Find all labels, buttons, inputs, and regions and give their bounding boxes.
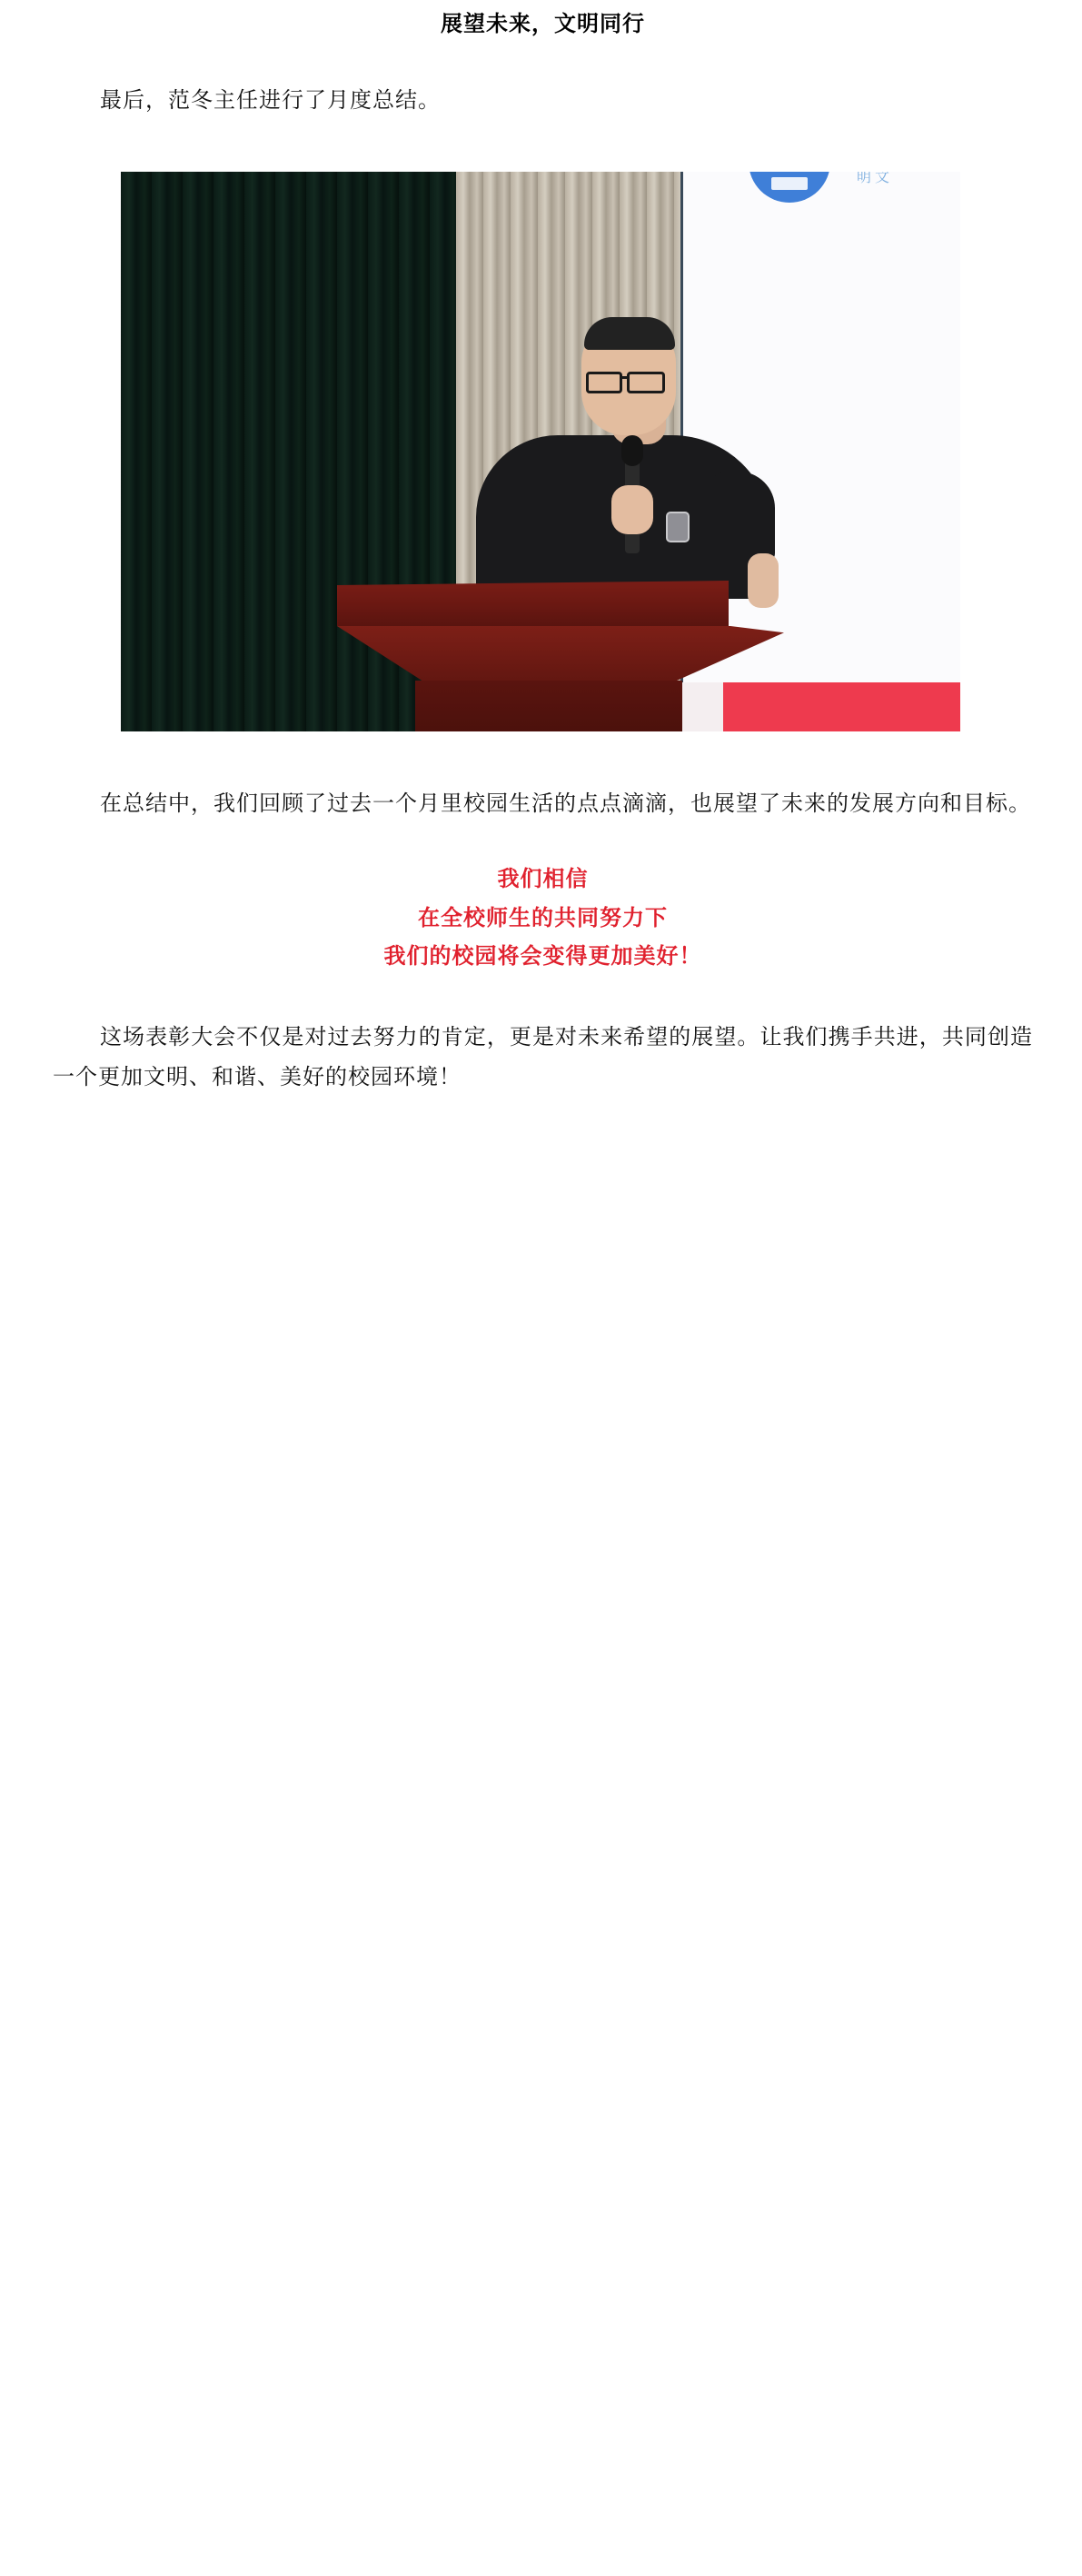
speaker-hand	[611, 485, 653, 534]
school-logo-book-icon	[771, 177, 808, 190]
glasses-right-lens	[627, 372, 665, 393]
glasses-bridge	[620, 376, 629, 379]
speaker-right-sleeve	[702, 472, 775, 562]
podium-top	[337, 581, 729, 626]
section-title: 展望未来，文明同行	[53, 9, 1033, 40]
highlight-line: 我们的校园将会变得更加美好！	[53, 938, 1033, 977]
paragraph-closing: 这场表彰大会不仅是对过去努力的肯定，更是对未来希望的展望。让我们携手共进，共同创…	[53, 1018, 1033, 1098]
highlight-line: 我们相信	[53, 860, 1033, 900]
microphone-head	[621, 435, 643, 466]
speaker-right-arm	[748, 553, 779, 608]
speaker-hair	[584, 317, 675, 350]
highlight-line: 在全校师生的共同努力下	[53, 900, 1033, 939]
speaker-photo: 明文	[121, 172, 960, 731]
paragraph-summary-intro: 最后，范冬主任进行了月度总结。	[53, 81, 1033, 121]
podium-base	[415, 681, 682, 731]
wristwatch	[666, 512, 690, 542]
paragraph-summary-content: 在总结中，我们回顾了过去一个月里校园生活的点点滴滴，也展望了未来的发展方向和目标…	[53, 784, 1033, 824]
screen-text: 明文	[857, 172, 957, 184]
glasses-left-lens	[586, 372, 622, 393]
stage-step	[682, 682, 723, 731]
highlight-quote: 我们相信 在全校师生的共同努力下 我们的校园将会变得更加美好！	[53, 860, 1033, 977]
red-stage-carpet	[723, 682, 960, 731]
